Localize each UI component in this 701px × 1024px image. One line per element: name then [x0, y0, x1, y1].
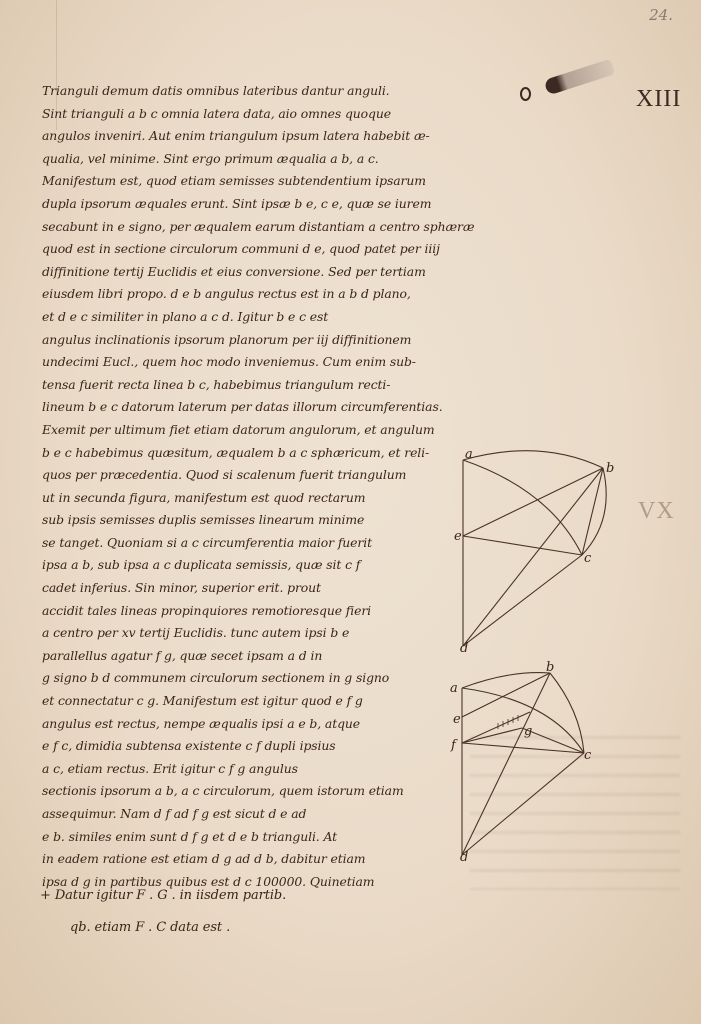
- diagram-2-figure: a b c d e f g: [440, 655, 640, 865]
- text-line: a centro per xv tertij Euclidis. tunc au…: [42, 622, 422, 645]
- text-line: b e c habebimus quæsitum, æqualem b a c …: [42, 442, 482, 465]
- text-line: dupla ipsorum æquales erunt. Sint ipsæ b…: [42, 193, 482, 216]
- footnote-line: qb. etiam F . C data est .: [40, 912, 480, 944]
- text-line: cadet inferius. Sin minor, superior erit…: [42, 577, 422, 600]
- text-line: Manifestum est, quod etiam semisses subt…: [42, 170, 482, 193]
- diagram-1-figure: a b c d e: [440, 440, 640, 660]
- footnote-line: + Datur igitur F . G . in iisdem partib.: [40, 880, 480, 912]
- text-line: angulus inclinationis ipsorum planorum p…: [42, 329, 482, 352]
- label-e: e: [454, 529, 462, 544]
- text-line: in eadem ratione est etiam d g ad d b, d…: [42, 848, 422, 871]
- text-line: Trianguli demum datis omnibus lateribus …: [42, 80, 482, 103]
- geometric-diagram-2: a b c d e f g: [440, 655, 640, 869]
- text-line: angulos inveniri. Aut enim triangulum ip…: [42, 125, 482, 148]
- text-line: sub ipsis semisses duplis semisses linea…: [42, 509, 422, 532]
- text-line: Sint trianguli a b c omnia latera data, …: [42, 103, 482, 126]
- text-line: assequimur. Nam d f ad f g est sicut d e…: [42, 803, 422, 826]
- label-a: a: [450, 681, 458, 696]
- text-line: quos per præcedentia. Quod si scalenum f…: [42, 464, 482, 487]
- text-line: tensa fuerit recta linea b c, habebimus …: [42, 374, 482, 397]
- label-c: c: [584, 748, 592, 763]
- text-line: Exemit per ultimum fiet etiam datorum an…: [42, 419, 482, 442]
- label-a: a: [465, 447, 473, 462]
- text-line: lineum b e c datorum laterum per datas i…: [42, 396, 482, 419]
- bleed-through-numeral: VX: [638, 498, 675, 525]
- text-line: secabunt in e signo, per æqualem earum d…: [42, 216, 482, 239]
- text-line: eiusdem libri propo. d e b angulus rectu…: [42, 283, 482, 306]
- stamp-mark-o: [520, 87, 531, 101]
- text-line: qualia, vel minime. Sint ergo primum æqu…: [42, 148, 482, 171]
- label-e: e: [453, 712, 461, 727]
- main-text: Trianguli demum datis omnibus lateribus …: [42, 80, 482, 893]
- manuscript-page: 24. XIII VX Trianguli demum datis omnibu…: [0, 0, 701, 1024]
- label-f: f: [450, 738, 458, 753]
- chapter-numeral: XIII: [636, 86, 681, 113]
- text-line: diffinitione tertij Euclidis et eius con…: [42, 261, 482, 284]
- label-d: d: [460, 850, 468, 865]
- label-g: g: [524, 724, 532, 739]
- text-line: g signo b d communem circulorum sectione…: [42, 667, 422, 690]
- text-line: undecimi Eucl., quem hoc modo inveniemus…: [42, 351, 482, 374]
- text-line: sectionis ipsorum a b, a c circulorum, q…: [42, 780, 422, 803]
- ink-blot-stamp: [544, 59, 616, 96]
- geometric-diagram-1: a b c d e: [440, 440, 640, 664]
- text-line: accidit tales lineas propinquiores remot…: [42, 600, 422, 623]
- label-b: b: [546, 660, 554, 675]
- text-line: et d e c similiter in plano a c d. Igitu…: [42, 306, 482, 329]
- text-line: ipsa a b, sub ipsa a c duplicata semissi…: [42, 554, 422, 577]
- text-line: angulus est rectus, nempe æqualis ipsi a…: [42, 713, 422, 736]
- text-line: e b. similes enim sunt d f g et d e b tr…: [42, 826, 422, 849]
- text-line: a c, etiam rectus. Erit igitur c f g ang…: [42, 758, 422, 781]
- text-line: parallellus agatur f g, quæ secet ipsam …: [42, 645, 422, 668]
- text-line: ut in secunda figura, manifestum est quo…: [42, 487, 422, 510]
- text-line: et connectatur c g. Manifestum est igitu…: [42, 690, 422, 713]
- label-d: d: [460, 641, 468, 656]
- label-c: c: [584, 551, 592, 566]
- footnote: + Datur igitur F . G . in iisdem partib.…: [40, 880, 480, 944]
- label-b: b: [606, 461, 614, 476]
- text-line: se tanget. Quoniam si a c circumferentia…: [42, 532, 422, 555]
- folio-number: 24.: [649, 6, 673, 24]
- text-line: quod est in sectione circulorum communi …: [42, 238, 482, 261]
- text-line: e f c, dimidia subtensa existente c f du…: [42, 735, 422, 758]
